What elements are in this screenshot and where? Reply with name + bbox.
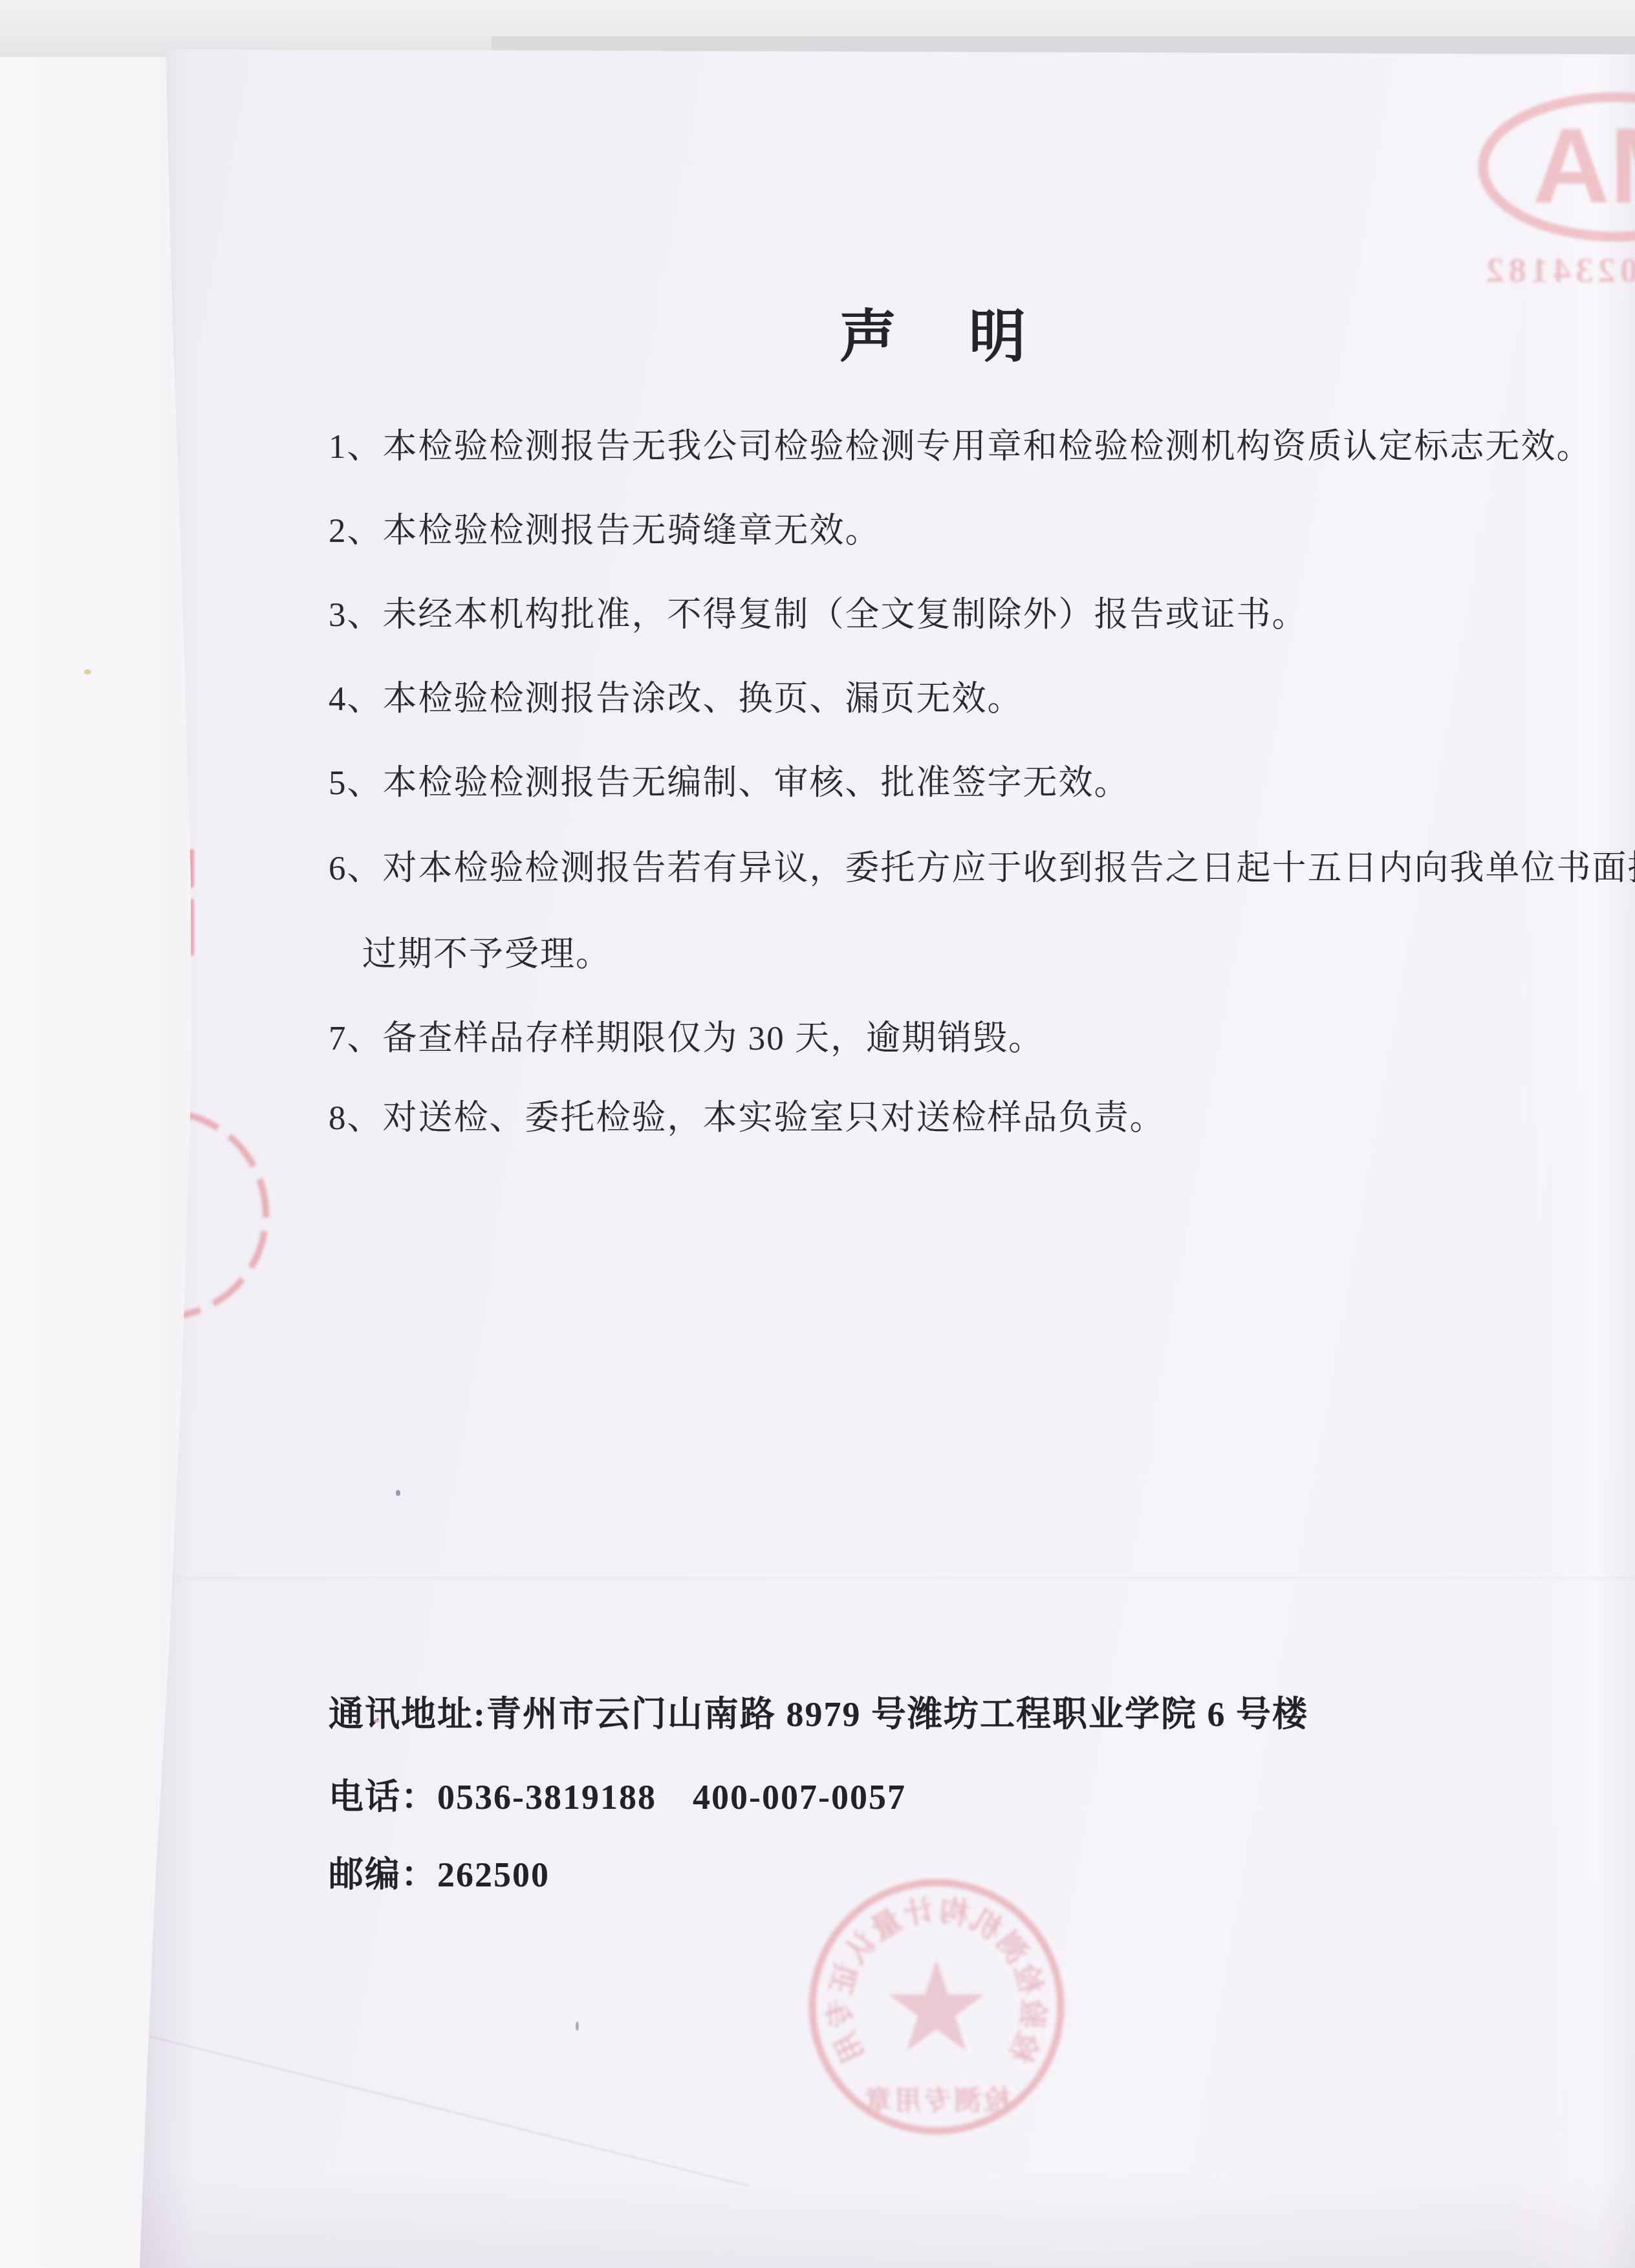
edge-seal-icon xyxy=(54,1105,274,1324)
scanned-document: 声 明 1、本检验检测报告无我公司检验检测专用章和检验检测机构资质认定标志无效。… xyxy=(0,0,1635,2268)
statement-item-6-continuation: 过期不予受理。 xyxy=(362,927,1635,976)
edge-seal-bleedthrough: 专 用 xyxy=(54,1105,274,1324)
dust-speck xyxy=(576,2022,579,2031)
round-seal-bleedthrough: 检验检测机构计量认证专用 检测专用章 xyxy=(801,1871,1072,2143)
edge-seal-glyph: 专 xyxy=(100,1156,128,1198)
cma-ellipse-icon: MA xyxy=(1435,83,1635,341)
contact-phone: 电话：0536-3819188 400-007-0057 xyxy=(329,1769,1557,1819)
round-seal-ring-glyph: 用 xyxy=(822,2025,873,2071)
round-seal-bottom-text: 检测专用章 xyxy=(801,2079,1072,2118)
statement-item-2: 2、本检验检测报告无骑缝章无效。 xyxy=(329,503,1635,552)
cma-stamp-bleedthrough: MA 371320234182 xyxy=(1435,83,1635,341)
round-seal-ring-glyph: 检 xyxy=(1000,2025,1051,2071)
red-edge-mark xyxy=(189,899,194,956)
dust-speck xyxy=(396,1490,400,1496)
round-seal-ring-glyph: 专 xyxy=(816,1998,861,2031)
statement-item-8: 8、对送检、委托检验，本实验室只对送检样品负责。 xyxy=(329,1090,1635,1139)
contact-address: 通讯地址:青州市云门山南路 8979 号潍坊工程职业学院 6 号楼 xyxy=(329,1687,1557,1736)
edge-seal-glyph: 用 xyxy=(106,1244,135,1285)
cma-ma-letters: MA xyxy=(1533,106,1635,225)
pink-speck xyxy=(374,1719,380,1723)
round-seal-ring-glyph: 验 xyxy=(1012,1998,1057,2031)
paper-crease xyxy=(115,1577,1635,1582)
round-seal-ring-glyph: 计 xyxy=(900,1886,937,1934)
dust-speck xyxy=(84,669,91,675)
cma-serial-number: 371320234182 xyxy=(1435,250,1635,290)
statement-item-3: 3、未经本机构批准，不得复制（全文复制除外）报告或证书。 xyxy=(329,587,1635,636)
red-edge-mark xyxy=(188,849,194,888)
statement-item-4: 4、本检验检测报告涂改、换页、漏页无效。 xyxy=(329,671,1635,720)
statement-item-6: 6、对本检验检测报告若有异议，委托方应于收到报告之日起十五日内向我单位书面提出， xyxy=(329,841,1635,890)
paper-sheet: 声 明 1、本检验检测报告无我公司检验检测专用章和检验检测机构资质认定标志无效。… xyxy=(115,38,1635,2268)
statement-item-7: 7、备查样品存样期限仅为 30 天，逾期销毁。 xyxy=(329,1011,1635,1060)
paper-crease xyxy=(115,1945,749,2268)
statement-item-5: 5、本检验检测报告无编制、审核、批准签字无效。 xyxy=(329,755,1635,805)
statement-item-1: 1、本检验检测报告无我公司检验检测专用章和检验检测机构资质认定标志无效。 xyxy=(329,419,1635,468)
page-title: 声 明 xyxy=(329,291,1544,373)
